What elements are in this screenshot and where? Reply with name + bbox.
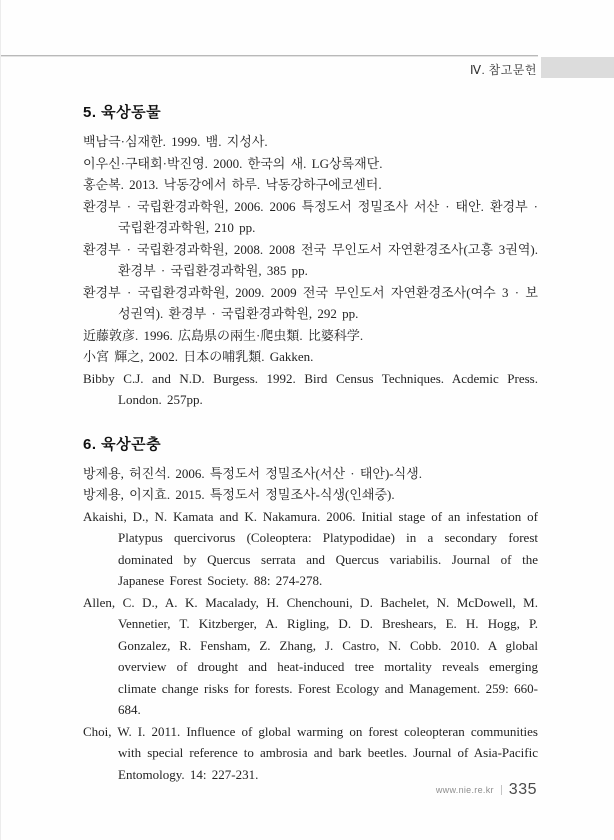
reference-item: Akaishi, D., N. Kamata and K. Nakamura. … (83, 506, 538, 592)
reference-item: 近藤敦彦. 1996. 広島県の兩生·爬虫類. 比婆科学. (83, 325, 538, 347)
running-header-chapter: Ⅳ. 참고문헌 (470, 61, 537, 78)
reference-item: 백남극·심재한. 1999. 뱀. 지성사. (83, 131, 538, 153)
page-number: 335 (509, 781, 537, 799)
reference-item: 小宮 輝之, 2002. 日本の哺乳類. Gakken. (83, 346, 538, 368)
reference-item: Choi, W. I. 2011. Influence of global wa… (83, 721, 538, 786)
reference-item: Allen, C. D., A. K. Macalady, H. Chencho… (83, 592, 538, 721)
reference-item: 방제용, 허진석. 2006. 특정도서 정밀조사(서산 · 태안)-식생. (83, 463, 538, 485)
reference-item: 환경부 · 국립환경과학원, 2008. 2008 전국 무인도서 자연환경조사… (83, 239, 538, 282)
reference-item: 환경부 · 국립환경과학원, 2009. 2009 전국 무인도서 자연환경조사… (83, 282, 538, 325)
reference-section: 5. 육상동물백남극·심재한. 1999. 뱀. 지성사.이우신·구태회·박진영… (83, 103, 538, 411)
reference-item: 이우신·구태회·박진영. 2000. 한국의 새. LG상록재단. (83, 153, 538, 175)
reference-section: 6. 육상곤충방제용, 허진석. 2006. 특정도서 정밀조사(서산 · 태안… (83, 435, 538, 786)
footer-website: www.nie.re.kr (436, 785, 494, 795)
section-title: 5. 육상동물 (83, 103, 538, 123)
page-footer: www.nie.re.kr 335 (436, 781, 537, 799)
footer-divider (501, 785, 502, 795)
reference-item: Bibby C.J. and N.D. Burgess. 1992. Bird … (83, 368, 538, 411)
header-rule (1, 55, 538, 57)
header-edge-tab (541, 57, 614, 78)
section-title: 6. 육상곤충 (83, 435, 538, 455)
reference-item: 홍순복. 2013. 낙동강에서 하루. 낙동강하구에코센터. (83, 174, 538, 196)
reference-item: 방제용, 이지효. 2015. 특정도서 정밀조사-식생(인쇄중). (83, 484, 538, 506)
reference-item: 환경부 · 국립환경과학원, 2006. 2006 특정도서 정밀조사 서산 ·… (83, 196, 538, 239)
references-content: 5. 육상동물백남극·심재한. 1999. 뱀. 지성사.이우신·구태회·박진영… (83, 103, 538, 785)
document-page: Ⅳ. 참고문헌 5. 육상동물백남극·심재한. 1999. 뱀. 지성사.이우신… (0, 0, 614, 840)
